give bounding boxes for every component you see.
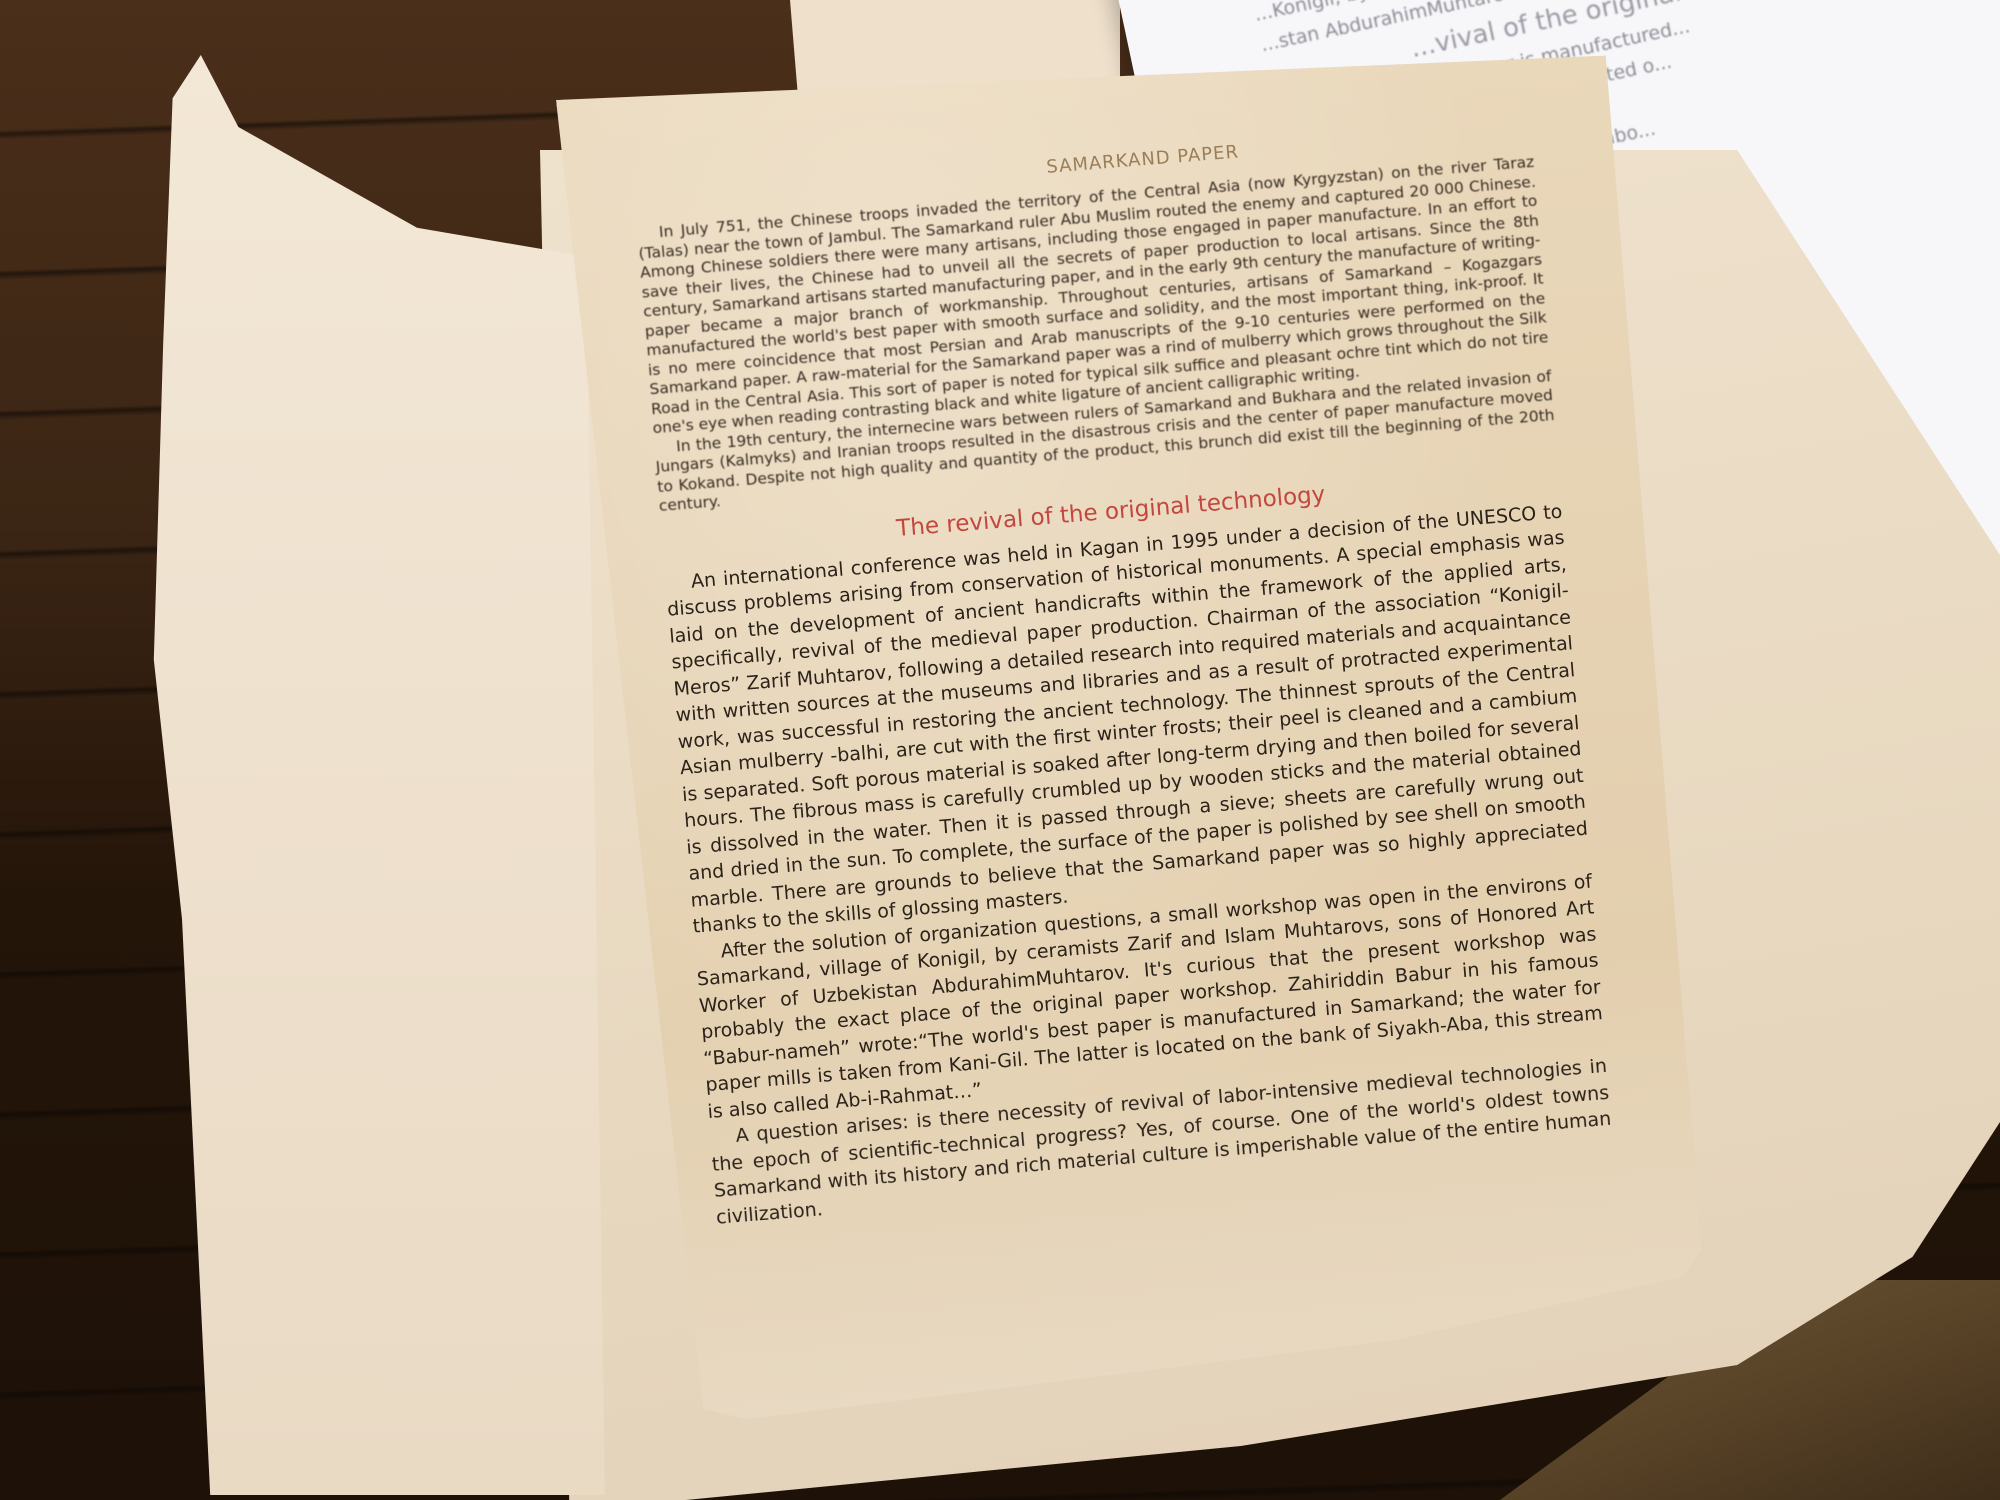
revival-section: An international conference was held in …	[664, 498, 1614, 1231]
sheet-content: SAMARKAND PAPER In July 751, the Chinese…	[633, 118, 1614, 1231]
samarkand-paper-sheet: SAMARKAND PAPER In July 751, the Chinese…	[556, 16, 1709, 1426]
history-section: In July 751, the Chinese troops invaded …	[636, 153, 1557, 517]
revival-paragraph: An international conference was held in …	[664, 498, 1591, 940]
handmade-paper-sheet-left	[135, 55, 605, 1495]
